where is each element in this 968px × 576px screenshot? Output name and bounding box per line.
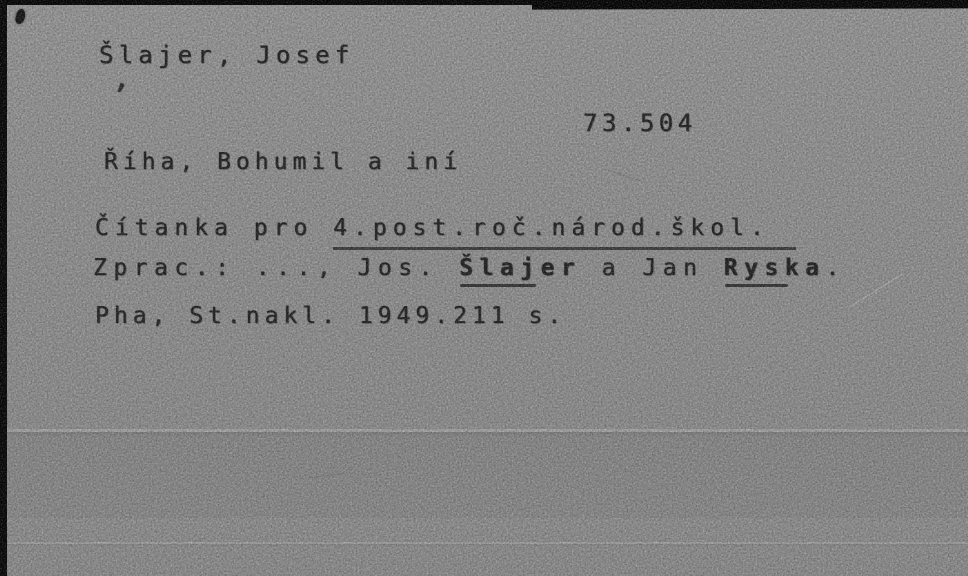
scan-edge-top-right	[532, 0, 968, 10]
call-number: 73.504	[583, 109, 697, 138]
paper-crease-lower	[7, 542, 968, 544]
catalog-card-scan: Šlajer, Josef ’ 73.504 Říha, Bohumil a i…	[0, 0, 968, 576]
credits-middle: a Jan	[581, 255, 723, 281]
title-prefix: Čítanka pro	[95, 215, 333, 241]
imprint-statement: Pha, St.nakl. 1949.211 s.	[95, 303, 566, 331]
scan-edge-left	[0, 0, 7, 576]
catalog-card-paper: Šlajer, Josef ’ 73.504 Říha, Bohumil a i…	[7, 5, 968, 576]
paper-scratch	[849, 274, 902, 308]
title-underlined-segment: 4.post.roč.národ.škol.	[333, 215, 796, 250]
paper-fiber	[608, 170, 641, 181]
statement-of-responsibility: Zprac.: ..., Jos. Šlajer a Jan Ryska.	[93, 255, 846, 283]
paper-crease-shading	[7, 432, 968, 518]
credits-prefix: Zprac.: ..., Jos.	[93, 255, 459, 281]
stray-pen-mark: ’	[108, 78, 131, 116]
credits-suffix: .	[826, 255, 846, 281]
author-statement: Říha, Bohumil a iní	[104, 149, 462, 177]
credits-name-ryska: Ryska	[724, 255, 826, 281]
credits-name-slajer: Šlajer	[459, 255, 581, 281]
title-statement: Čítanka pro 4.post.roč.národ.škol.	[95, 215, 796, 243]
main-entry-heading: Šlajer, Josef	[99, 41, 354, 70]
